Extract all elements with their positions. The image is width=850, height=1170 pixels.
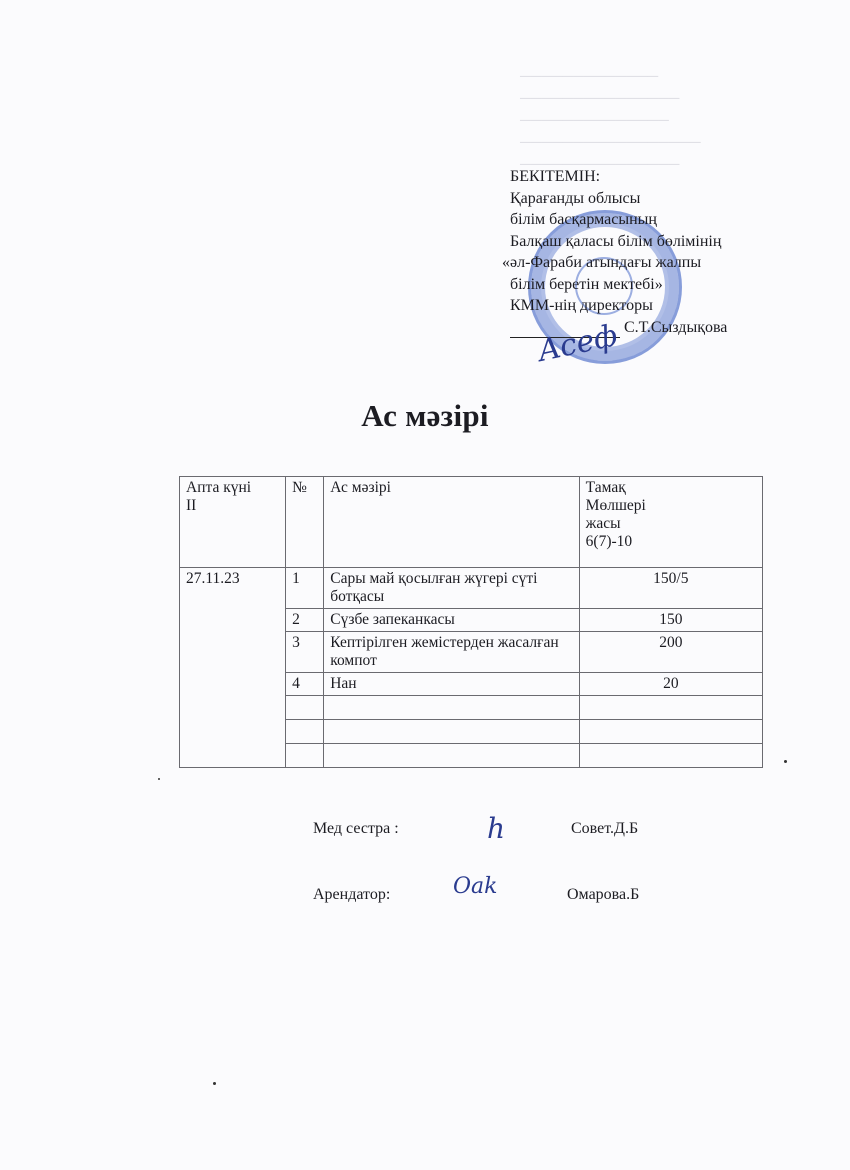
- row-number: 3: [286, 632, 324, 673]
- tenant-signature: Oak: [453, 874, 497, 899]
- header-quantity-line: жасы: [586, 515, 756, 533]
- empty-cell: [579, 720, 762, 744]
- header-quantity-line: Мөлшері: [586, 497, 756, 515]
- header-day-label: Апта күні: [186, 479, 279, 497]
- menu-table: Апта күні II № Ас мәзірі Тамақ Мөлшері ж…: [179, 476, 763, 768]
- table-row: 27.11.23 1 Сары май қосылған жүгері сүті…: [180, 568, 763, 609]
- row-number: 2: [286, 609, 324, 632]
- empty-cell: [579, 696, 762, 720]
- nurse-name: Совет.Д.Б: [571, 820, 638, 838]
- page-title: Ас мәзірі: [0, 398, 850, 434]
- nurse-signature: h: [487, 812, 505, 845]
- header-quantity-line: Тамақ: [586, 479, 756, 497]
- date-cell: 27.11.23: [180, 568, 286, 768]
- row-dish: Нан: [324, 673, 579, 696]
- empty-cell: [579, 744, 762, 768]
- header-number: №: [286, 477, 324, 568]
- approval-block: БЕКІТЕМІН: Қарағанды облысы білім басқар…: [510, 166, 790, 338]
- empty-cell: [324, 720, 579, 744]
- row-quantity: 150/5: [579, 568, 762, 609]
- header-day-number: II: [186, 497, 279, 515]
- tenant-name: Омарова.Б: [567, 886, 639, 904]
- row-number: 1: [286, 568, 324, 609]
- empty-cell: [286, 720, 324, 744]
- header-quantity-line: 6(7)-10: [586, 533, 756, 551]
- approval-line: КММ-нің директоры: [510, 295, 790, 317]
- row-dish: Сары май қосылған жүгері сүті ботқасы: [324, 568, 579, 609]
- row-dish: Сүзбе запеканкасы: [324, 609, 579, 632]
- scan-speck: [784, 760, 787, 763]
- row-quantity: 200: [579, 632, 762, 673]
- bleed-through-text: ────────────────────────────────────────…: [520, 66, 701, 176]
- approval-line: білім басқармасының: [510, 209, 790, 231]
- tenant-label: Арендатор:: [313, 886, 390, 904]
- row-number: 4: [286, 673, 324, 696]
- table-header-row: Апта күні II № Ас мәзірі Тамақ Мөлшері ж…: [180, 477, 763, 568]
- empty-cell: [324, 744, 579, 768]
- empty-cell: [324, 696, 579, 720]
- header-day: Апта күні II: [180, 477, 286, 568]
- nurse-label: Мед сестра :: [313, 820, 399, 838]
- row-quantity: 20: [579, 673, 762, 696]
- approval-heading: БЕКІТЕМІН:: [510, 166, 790, 188]
- approval-line: «әл-Фараби атындағы жалпы: [502, 252, 790, 274]
- row-quantity: 150: [579, 609, 762, 632]
- empty-cell: [286, 696, 324, 720]
- header-quantity: Тамақ Мөлшері жасы 6(7)-10: [579, 477, 762, 568]
- row-dish: Кептірілген жемістерден жасалған компот: [324, 632, 579, 673]
- approval-line: Балқаш қаласы білім бөлімінің: [510, 231, 790, 253]
- director-name: С.Т.Сыздықова: [624, 319, 727, 336]
- empty-cell: [286, 744, 324, 768]
- scan-speck: [213, 1082, 216, 1085]
- approval-line: Қарағанды облысы: [510, 188, 790, 210]
- header-dish: Ас мәзірі: [324, 477, 579, 568]
- scan-speck: [158, 778, 160, 780]
- approval-line: білім беретін мектебі»: [510, 274, 790, 296]
